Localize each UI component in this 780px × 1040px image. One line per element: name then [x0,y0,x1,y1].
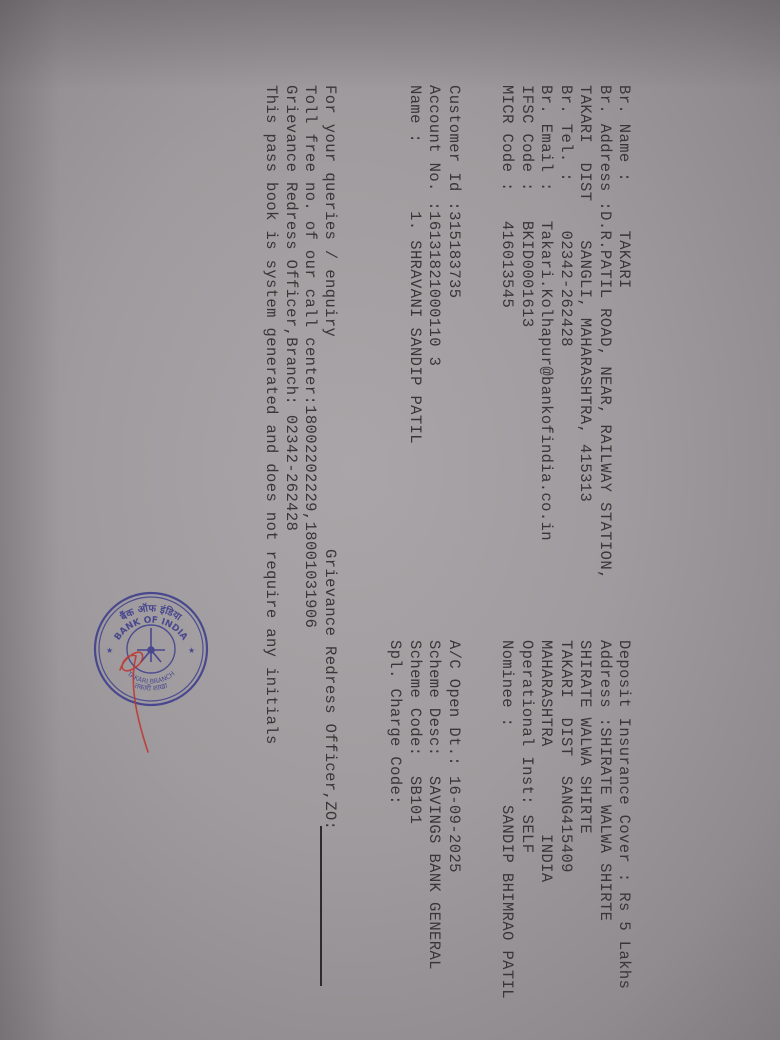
branch-email-value: Takari.Kolhapur@bankofindia.co.in [537,221,555,541]
deposit-insurance-label: Deposit Insurance Cover : [615,640,633,883]
footer-grievance-branch: Grievance Redress Officer,Branch: 02342-… [282,85,300,531]
open-date-label: A/C Open Dt.: [445,640,463,766]
scheme-code-value: SB101 [406,776,424,825]
deposit-insurance-row: Deposit Insurance Cover : Rs 5 Lakhs [614,640,634,989]
deposit-address-row-2: SHIRATE WALWA SHIRTE [575,640,595,834]
branch-address-row-2: TAKARI DIST SANGLI, MAHARASHTRA, 415313 [575,85,595,502]
customer-id-row: Customer Id :315183735 [444,85,464,298]
deposit-address-label: Address : [596,640,614,727]
open-date-value: 16-09-2025 [445,776,463,873]
account-number-row: Account No. :16131821000110 3 [424,85,444,366]
footer-queries-row: For your queries / enquiry [320,85,340,337]
deposit-dist-label: TAKARI DIST [557,640,575,756]
deposit-operational-label: Operational Inst: [518,640,536,805]
deposit-country: INDIA [537,834,555,883]
star-emblem-icon [137,628,165,662]
branch-tel-value: 02342-262428 [557,231,575,347]
footer-disclaimer: This pass book is system generated and d… [262,85,280,745]
deposit-operational-value: SELF [518,815,536,854]
scheme-desc-label: Scheme Desc: [425,640,443,756]
svg-text:TAKARI BRANCH: TAKARI BRANCH [125,669,177,686]
deposit-nominee-label: Nominee : [498,640,516,727]
scheme-desc-row: Scheme Desc: SAVINGS BANK GENERAL [424,640,444,970]
deposit-address-line3: SANG415409 [557,776,575,873]
branch-name-value: TAKARI [615,231,633,289]
footer-queries: For your queries / enquiry [321,85,339,337]
deposit-address-row-4: MAHARASHTRA INDIA [536,640,556,883]
deposit-nominee-value: SANDIP BHIMRAO PATIL [498,805,516,999]
customer-name-row: Name : 1. SHRAVANI SANDIP PATIL [405,85,425,444]
footer-grievance-zo-row: Grievance Redress Officer,ZO: [320,549,340,830]
customer-name-label: Name : [406,85,424,143]
customer-id-value: 315183735 [445,211,463,298]
footer-disclaimer-row: This pass book is system generated and d… [261,85,281,745]
bank-stamp: ★ ★ ★ बैंक ऑफ इंडिया BANK OF INDIA TAKAR… [92,590,210,708]
deposit-address-row-3: TAKARI DIST SANG415409 [556,640,576,873]
branch-tel-label: Br. Tel. : [557,85,575,182]
branch-tel-row: Br. Tel. : 02342-262428 [556,85,576,347]
branch-address-line1: D.R.PATIL ROAD, NEAR, RAILWAY STATION, [596,211,614,580]
branch-name-row: Br. Name : TAKARI [614,85,634,289]
deposit-address-row: Address :SHIRATE WALWA SHIRTE [595,640,615,921]
customer-id-label: Customer Id : [445,85,463,211]
footer-tollfree-row: Toll free no. of our call center:1800220… [300,85,320,628]
passbook-page: Br. Name : TAKARI Br. Address :D.R.PATIL… [0,0,780,1040]
deposit-address-line1: SHIRATE WALWA SHIRTE [596,727,614,921]
customer-name-value: 1. SHRAVANI SANDIP PATIL [406,211,424,444]
open-date-row: A/C Open Dt.: 16-09-2025 [444,640,464,873]
footer-tollfree: Toll free no. of our call center:1800220… [301,85,319,628]
branch-email-label: Br. Email : [537,85,555,192]
deposit-operational-row: Operational Inst: SELF [517,640,537,853]
svg-text:★: ★ [106,646,113,655]
branch-dist-label: TAKARI DIST [576,85,594,201]
branch-name-label: Br. Name : [615,85,633,182]
branch-micr-row: MICR Code : 416013545 [497,85,517,308]
branch-ifsc-row: IFSC Code : BKID0001613 [517,85,537,328]
footer-grievance-branch-row: Grievance Redress Officer,Branch: 02342-… [281,85,301,531]
deposit-address-line2: SHIRATE WALWA SHIRTE [576,640,594,834]
scheme-desc-value: SAVINGS BANK GENERAL [425,776,443,970]
branch-email-row: Br. Email : Takari.Kolhapur@bankofindia.… [536,85,556,541]
scheme-code-label: Scheme Code: [406,640,424,756]
branch-micr-label: MICR Code : [498,85,516,192]
deposit-state: MAHARASHTRA [537,640,555,747]
scheme-code-row: Scheme Code: SB101 [405,640,425,824]
stamp-branch: TAKARI BRANCH [125,669,177,686]
branch-address-label: Br. Address : [596,85,614,211]
branch-address-line2: SANGLI, MAHARASHTRA, 415313 [576,240,594,502]
account-number-value: 16131821000110 3 [425,211,443,366]
branch-address-row: Br. Address :D.R.PATIL ROAD, NEAR, RAILW… [595,85,615,580]
svg-text:★: ★ [188,646,195,655]
charge-code-row: Spl. Charge Code: [385,640,405,805]
deposit-insurance-value: Rs 5 Lakhs [615,892,633,989]
account-number-label: Account No. : [425,85,443,211]
branch-ifsc-value: BKID0001613 [518,221,536,328]
branch-micr-value: 416013545 [498,221,516,308]
footer-grievance-zo: Grievance Redress Officer,ZO: [321,549,339,830]
svg-text:★: ★ [92,590,98,592]
branch-ifsc-label: IFSC Code : [518,85,536,192]
grievance-zo-blank-line [321,826,323,986]
charge-code-label: Spl. Charge Code: [386,640,404,805]
deposit-nominee-row: Nominee : SANDIP BHIMRAO PATIL [497,640,517,999]
